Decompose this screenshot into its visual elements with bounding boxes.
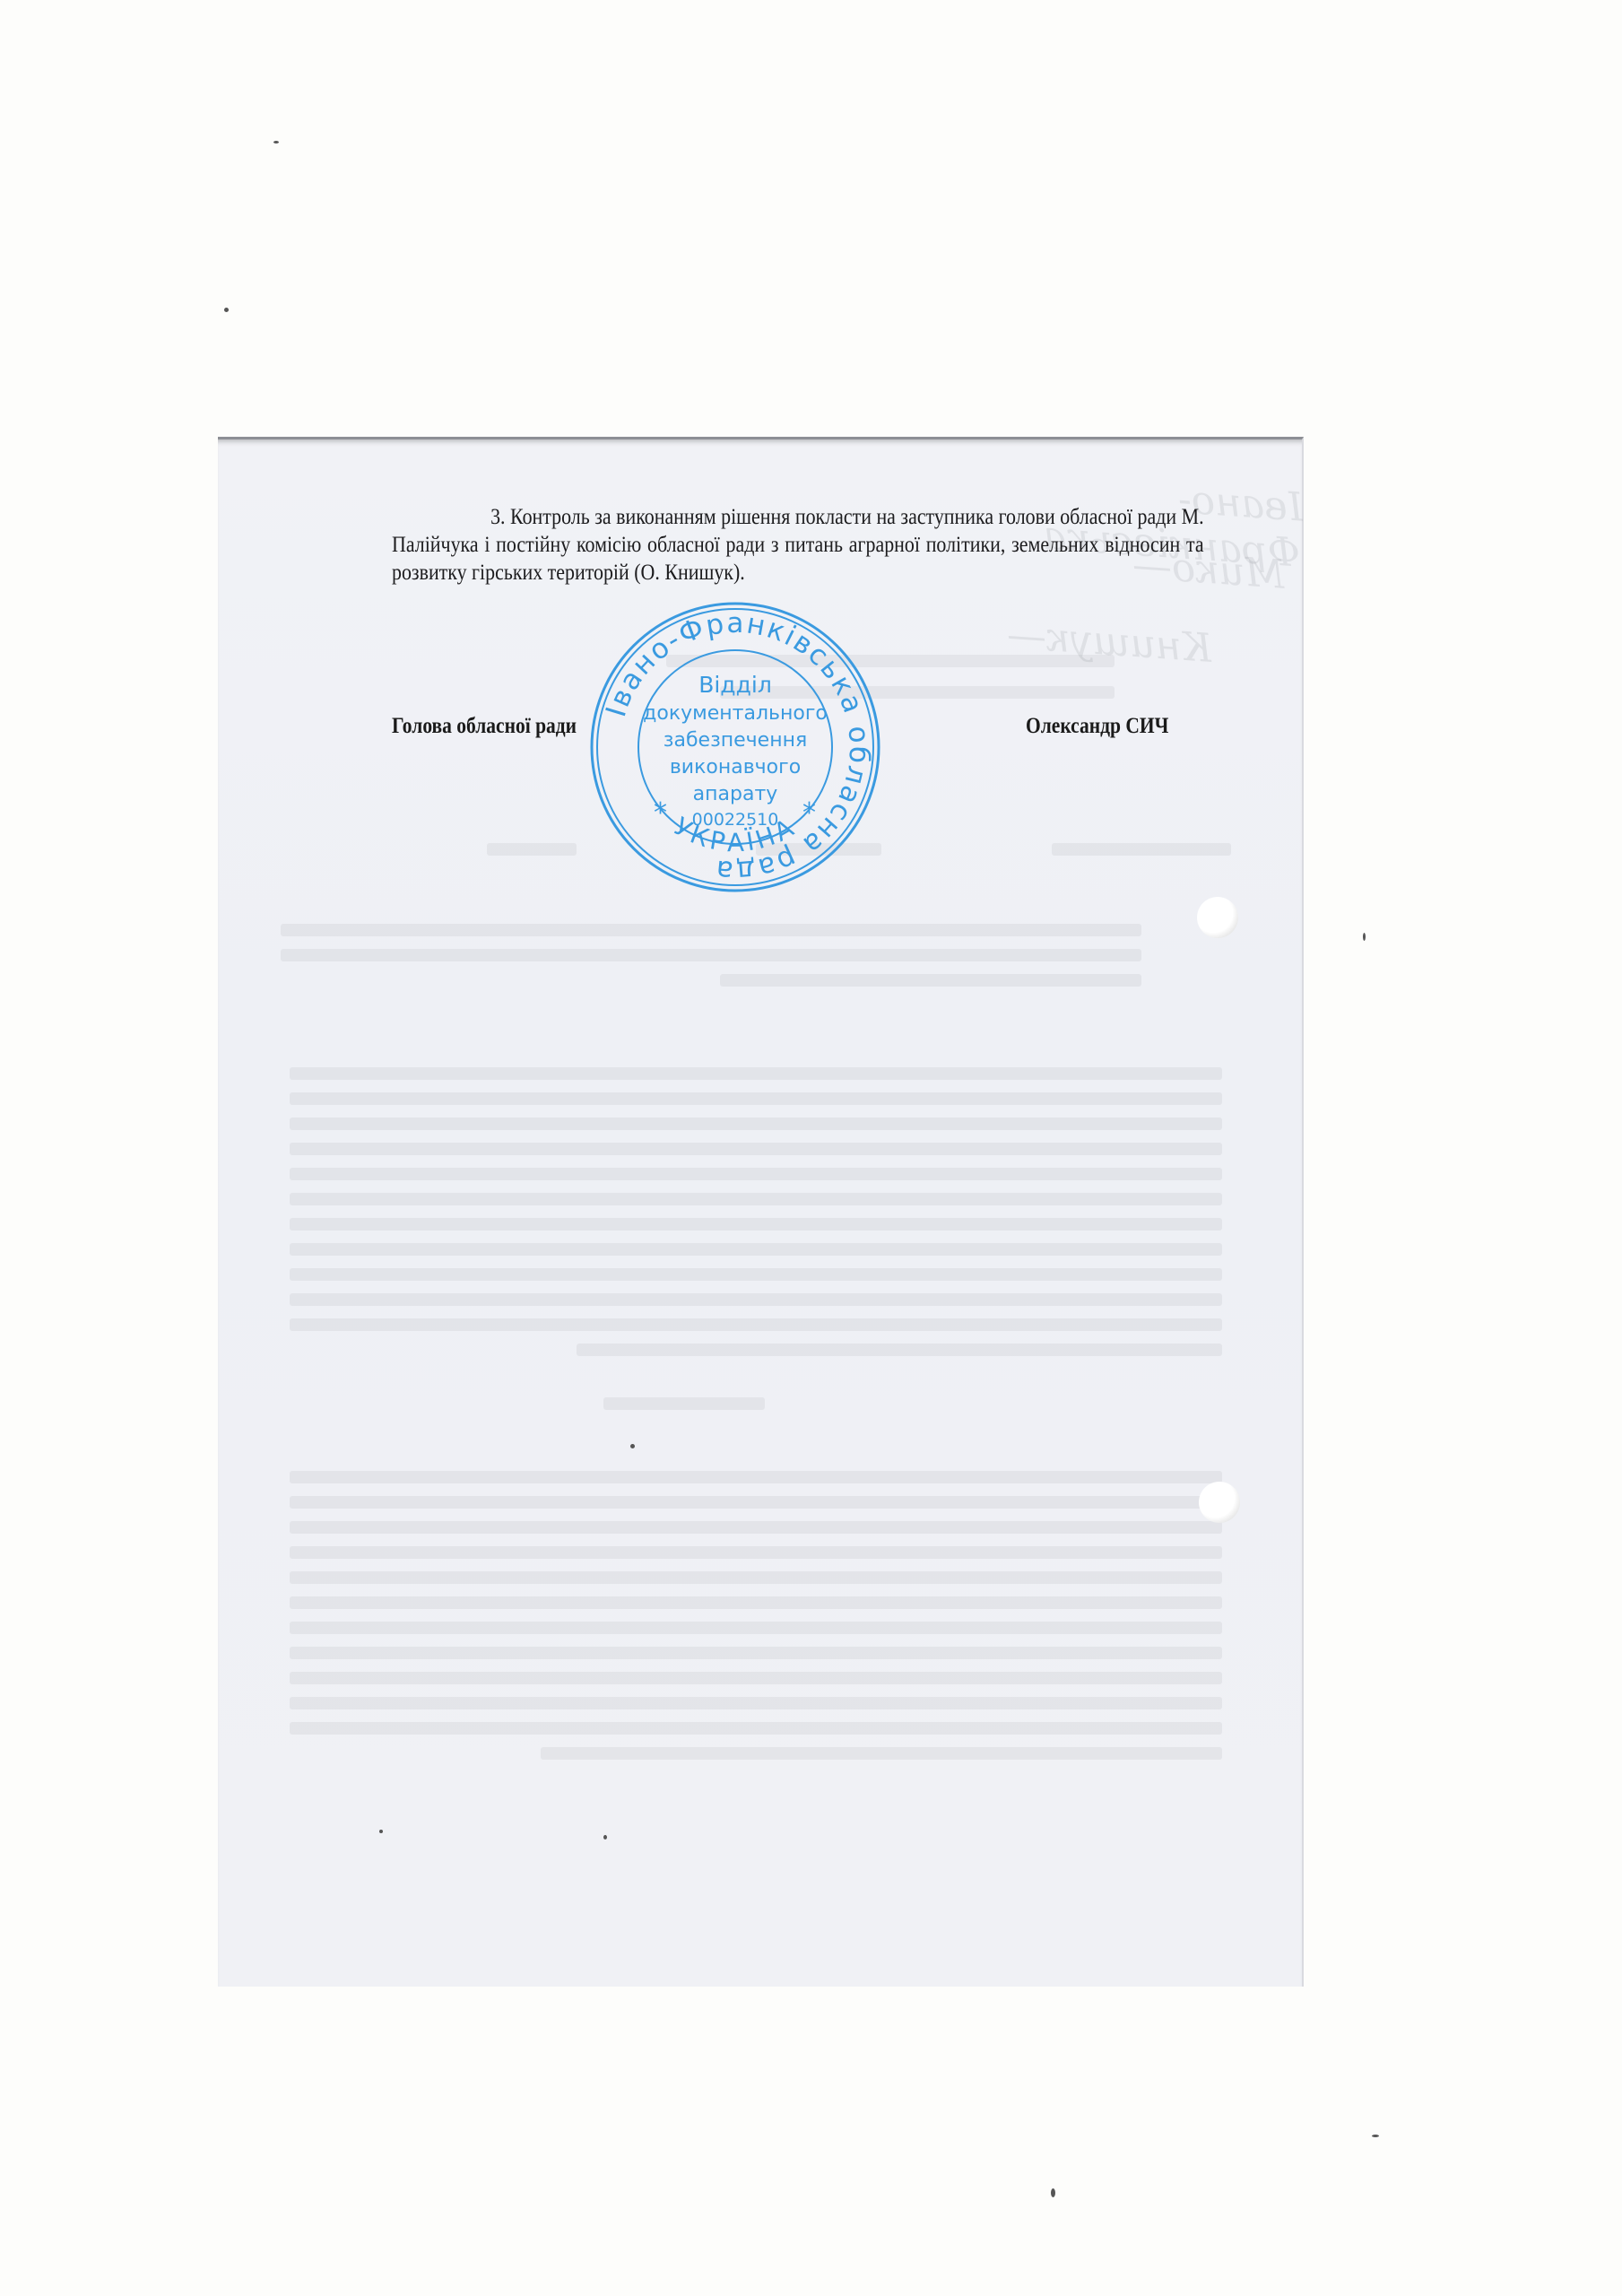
stamp-center-line: апарату — [693, 783, 778, 805]
bleed-through-line — [290, 1293, 1222, 1306]
scan-speck — [224, 308, 229, 312]
bleed-through-line — [603, 1397, 765, 1410]
bleed-through-line — [290, 1067, 1222, 1080]
bleed-through-line — [290, 1168, 1222, 1180]
bleed-through-line — [290, 1697, 1222, 1709]
stamp-center-line: забезпечення — [664, 729, 807, 752]
bleed-through-line — [290, 1647, 1222, 1659]
bleed-through-line — [290, 1546, 1222, 1559]
bleed-through-line — [541, 1747, 1222, 1760]
stamp-code: 00022510 — [692, 810, 779, 830]
bleed-through-line — [281, 924, 1141, 936]
bleed-through-line — [1052, 843, 1231, 856]
bleed-through-line — [290, 1596, 1222, 1609]
official-stamp: Івано-Франківська обласна рада УКРАЇНА *… — [587, 599, 883, 895]
signature-name: Олександр СИЧ — [1026, 714, 1168, 739]
scan-speck — [273, 141, 279, 143]
bleed-through-line — [290, 1672, 1222, 1684]
bleed-through-line — [281, 949, 1141, 961]
scan-speck — [1363, 933, 1366, 941]
bleed-through-line — [290, 1571, 1222, 1584]
bleed-through-line — [487, 843, 577, 856]
punch-hole — [1197, 897, 1238, 938]
bleed-through-line — [290, 1218, 1222, 1231]
signature-title: Голова обласної ради — [392, 714, 577, 739]
scan-speck — [630, 1444, 635, 1448]
stamp-star-icon: * — [802, 797, 816, 829]
bleed-through-line — [290, 1143, 1222, 1155]
bleed-through-line — [290, 1092, 1222, 1105]
paragraph-3-text: 3. Контроль за виконанням рішення поклас… — [392, 502, 1204, 586]
bleed-through-line — [290, 1722, 1222, 1735]
scan-speck — [603, 1835, 607, 1839]
stamp-center-line: Відділ — [698, 672, 772, 698]
stamp-center-line: виконавчого — [670, 756, 801, 778]
bleed-through-line — [290, 1118, 1222, 1130]
bleed-through-line — [290, 1521, 1222, 1534]
bleed-through-line — [290, 1622, 1222, 1634]
bleed-through-line — [720, 974, 1141, 987]
bleed-through-line — [290, 1243, 1222, 1256]
stamp-center-line: документального — [643, 702, 828, 725]
paragraph-3: 3. Контроль за виконанням рішення поклас… — [392, 502, 1090, 586]
punch-hole — [1199, 1482, 1240, 1523]
scan-speck — [1051, 2188, 1055, 2197]
bleed-through-line — [290, 1193, 1222, 1205]
bleed-through-line — [290, 1268, 1222, 1281]
scan-speck — [379, 1830, 383, 1833]
stamp-star-icon: * — [654, 797, 667, 829]
bleed-through-line — [290, 1471, 1222, 1483]
bleed-through-line — [577, 1344, 1222, 1356]
scan-speck — [1372, 2135, 1379, 2137]
bleed-through-line — [290, 1496, 1222, 1509]
bleed-through-line — [290, 1318, 1222, 1331]
